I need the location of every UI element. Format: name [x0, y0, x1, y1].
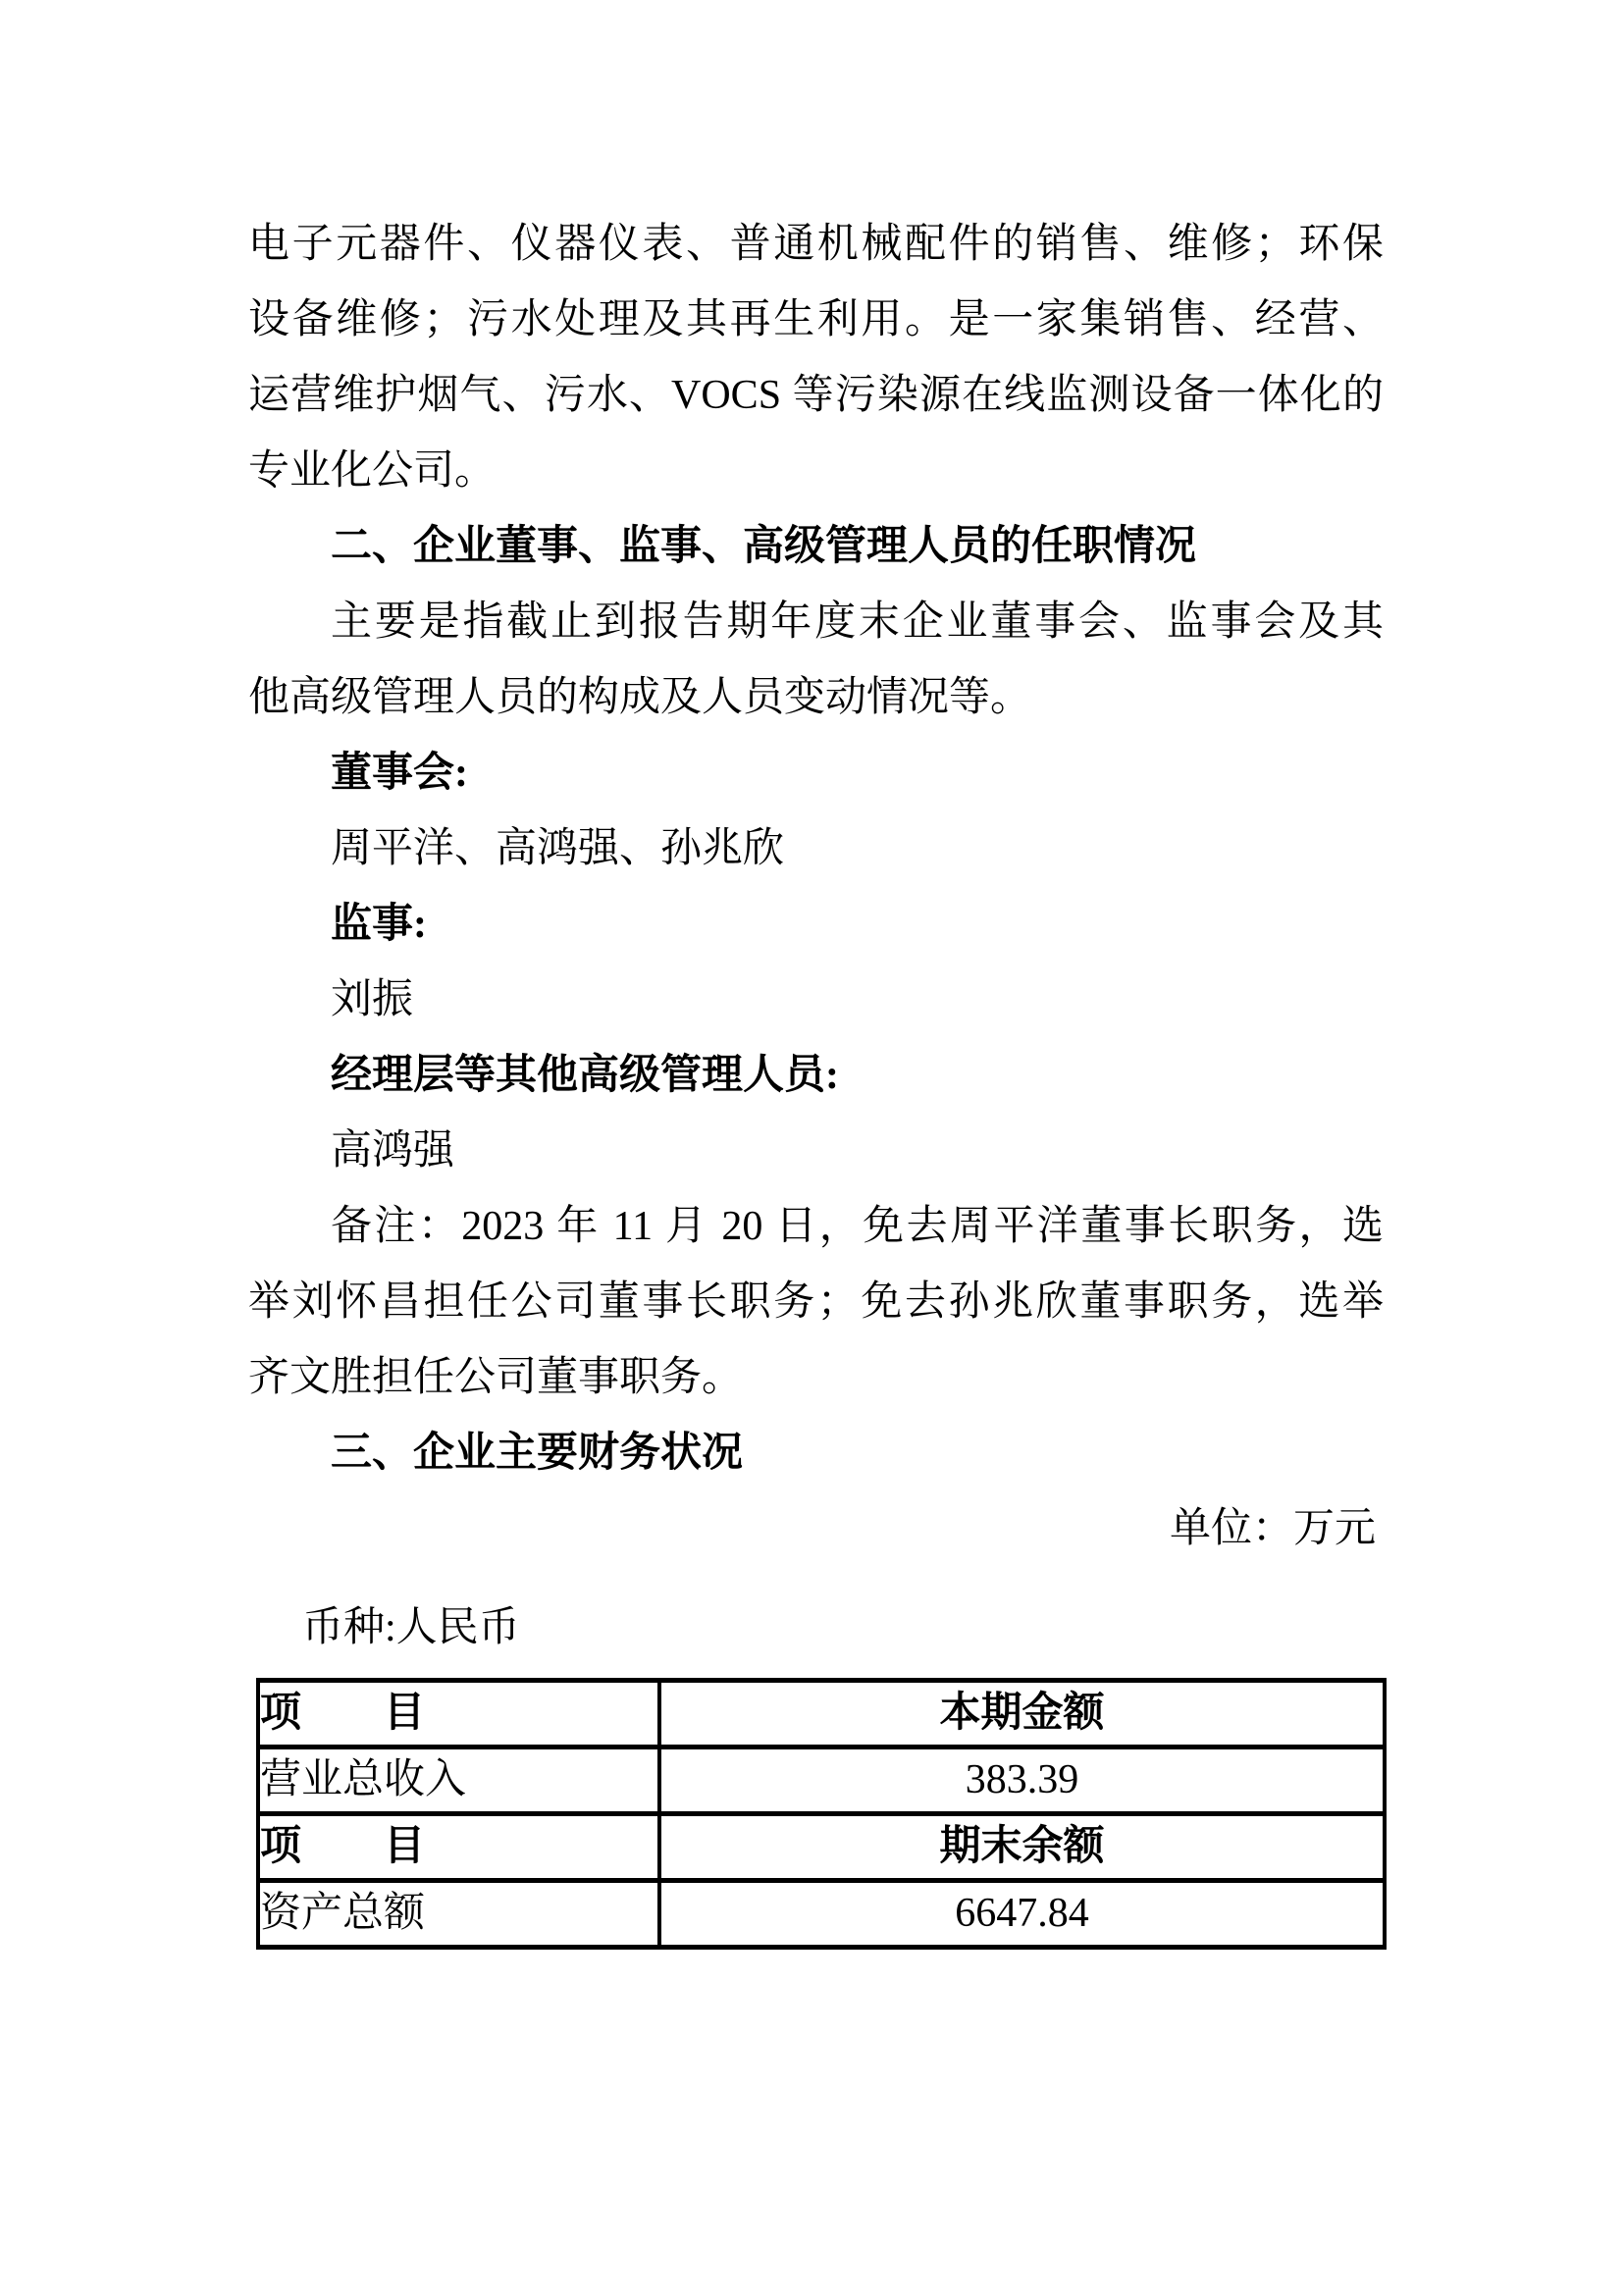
intro-line-4: 专业化公司。: [248, 434, 1384, 509]
row-label-cell: 营业总收入: [258, 1747, 659, 1814]
table-row: 资产总额 6647.84: [258, 1881, 1385, 1948]
board-members: 周平洋、高鸿强、孙兆欣: [248, 811, 1384, 887]
supervisor-name: 刘振: [248, 963, 1384, 1038]
unit-note: 单位：万元: [248, 1491, 1384, 1567]
management-name: 高鸿强: [248, 1114, 1384, 1189]
financial-table: 项 目 本期金额 营业总收入 383.39 项 目 期末余额 资产总额 6647…: [256, 1678, 1387, 1950]
header-balance-cell: 期末余额: [659, 1814, 1385, 1881]
table-header-row: 项 目 期末余额: [258, 1814, 1385, 1881]
intro-line-1: 电子元器件、仪器仪表、普通机械配件的销售、维修；环保: [248, 207, 1384, 283]
section2-desc-line-2: 他高级管理人员的构成及人员变动情况等。: [248, 660, 1384, 736]
remark-line-1: 备注：2023 年 11 月 20 日，免去周平洋董事长职务，选: [248, 1189, 1384, 1265]
row-value-cell: 6647.84: [659, 1881, 1385, 1948]
header-amount-cell: 本期金额: [659, 1681, 1385, 1747]
document-page: 电子元器件、仪器仪表、普通机械配件的销售、维修；环保 设备维修；污水处理及其再生…: [0, 0, 1624, 2295]
management-label: 经理层等其他高级管理人员:: [248, 1038, 1384, 1114]
section3-heading: 三、企业主要财务状况: [248, 1416, 1384, 1491]
board-label: 董事会:: [248, 736, 1384, 811]
row-label-cell: 资产总额: [258, 1881, 659, 1948]
document-content: 电子元器件、仪器仪表、普通机械配件的销售、维修；环保 设备维修；污水处理及其再生…: [248, 207, 1384, 1950]
remark-line-3: 齐文胜担任公司董事职务。: [248, 1340, 1384, 1416]
supervisor-label: 监事:: [248, 887, 1384, 963]
section2-heading: 二、企业董事、监事、高级管理人员的任职情况: [248, 509, 1384, 585]
remark-line-2: 举刘怀昌担任公司董事长职务；免去孙兆欣董事职务，选举: [248, 1265, 1384, 1340]
currency-note: 币种:人民币: [248, 1591, 1384, 1666]
intro-line-2: 设备维修；污水处理及其再生利用。是一家集销售、经营、: [248, 283, 1384, 358]
row-value-cell: 383.39: [659, 1747, 1385, 1814]
table-header-row: 项 目 本期金额: [258, 1681, 1385, 1747]
intro-line-3: 运营维护烟气、污水、VOCS 等污染源在线监测设备一体化的: [248, 358, 1384, 434]
header-item-cell: 项 目: [258, 1814, 659, 1881]
section2-desc-line-1: 主要是指截止到报告期年度末企业董事会、监事会及其: [248, 585, 1384, 660]
header-item-cell: 项 目: [258, 1681, 659, 1747]
table-row: 营业总收入 383.39: [258, 1747, 1385, 1814]
